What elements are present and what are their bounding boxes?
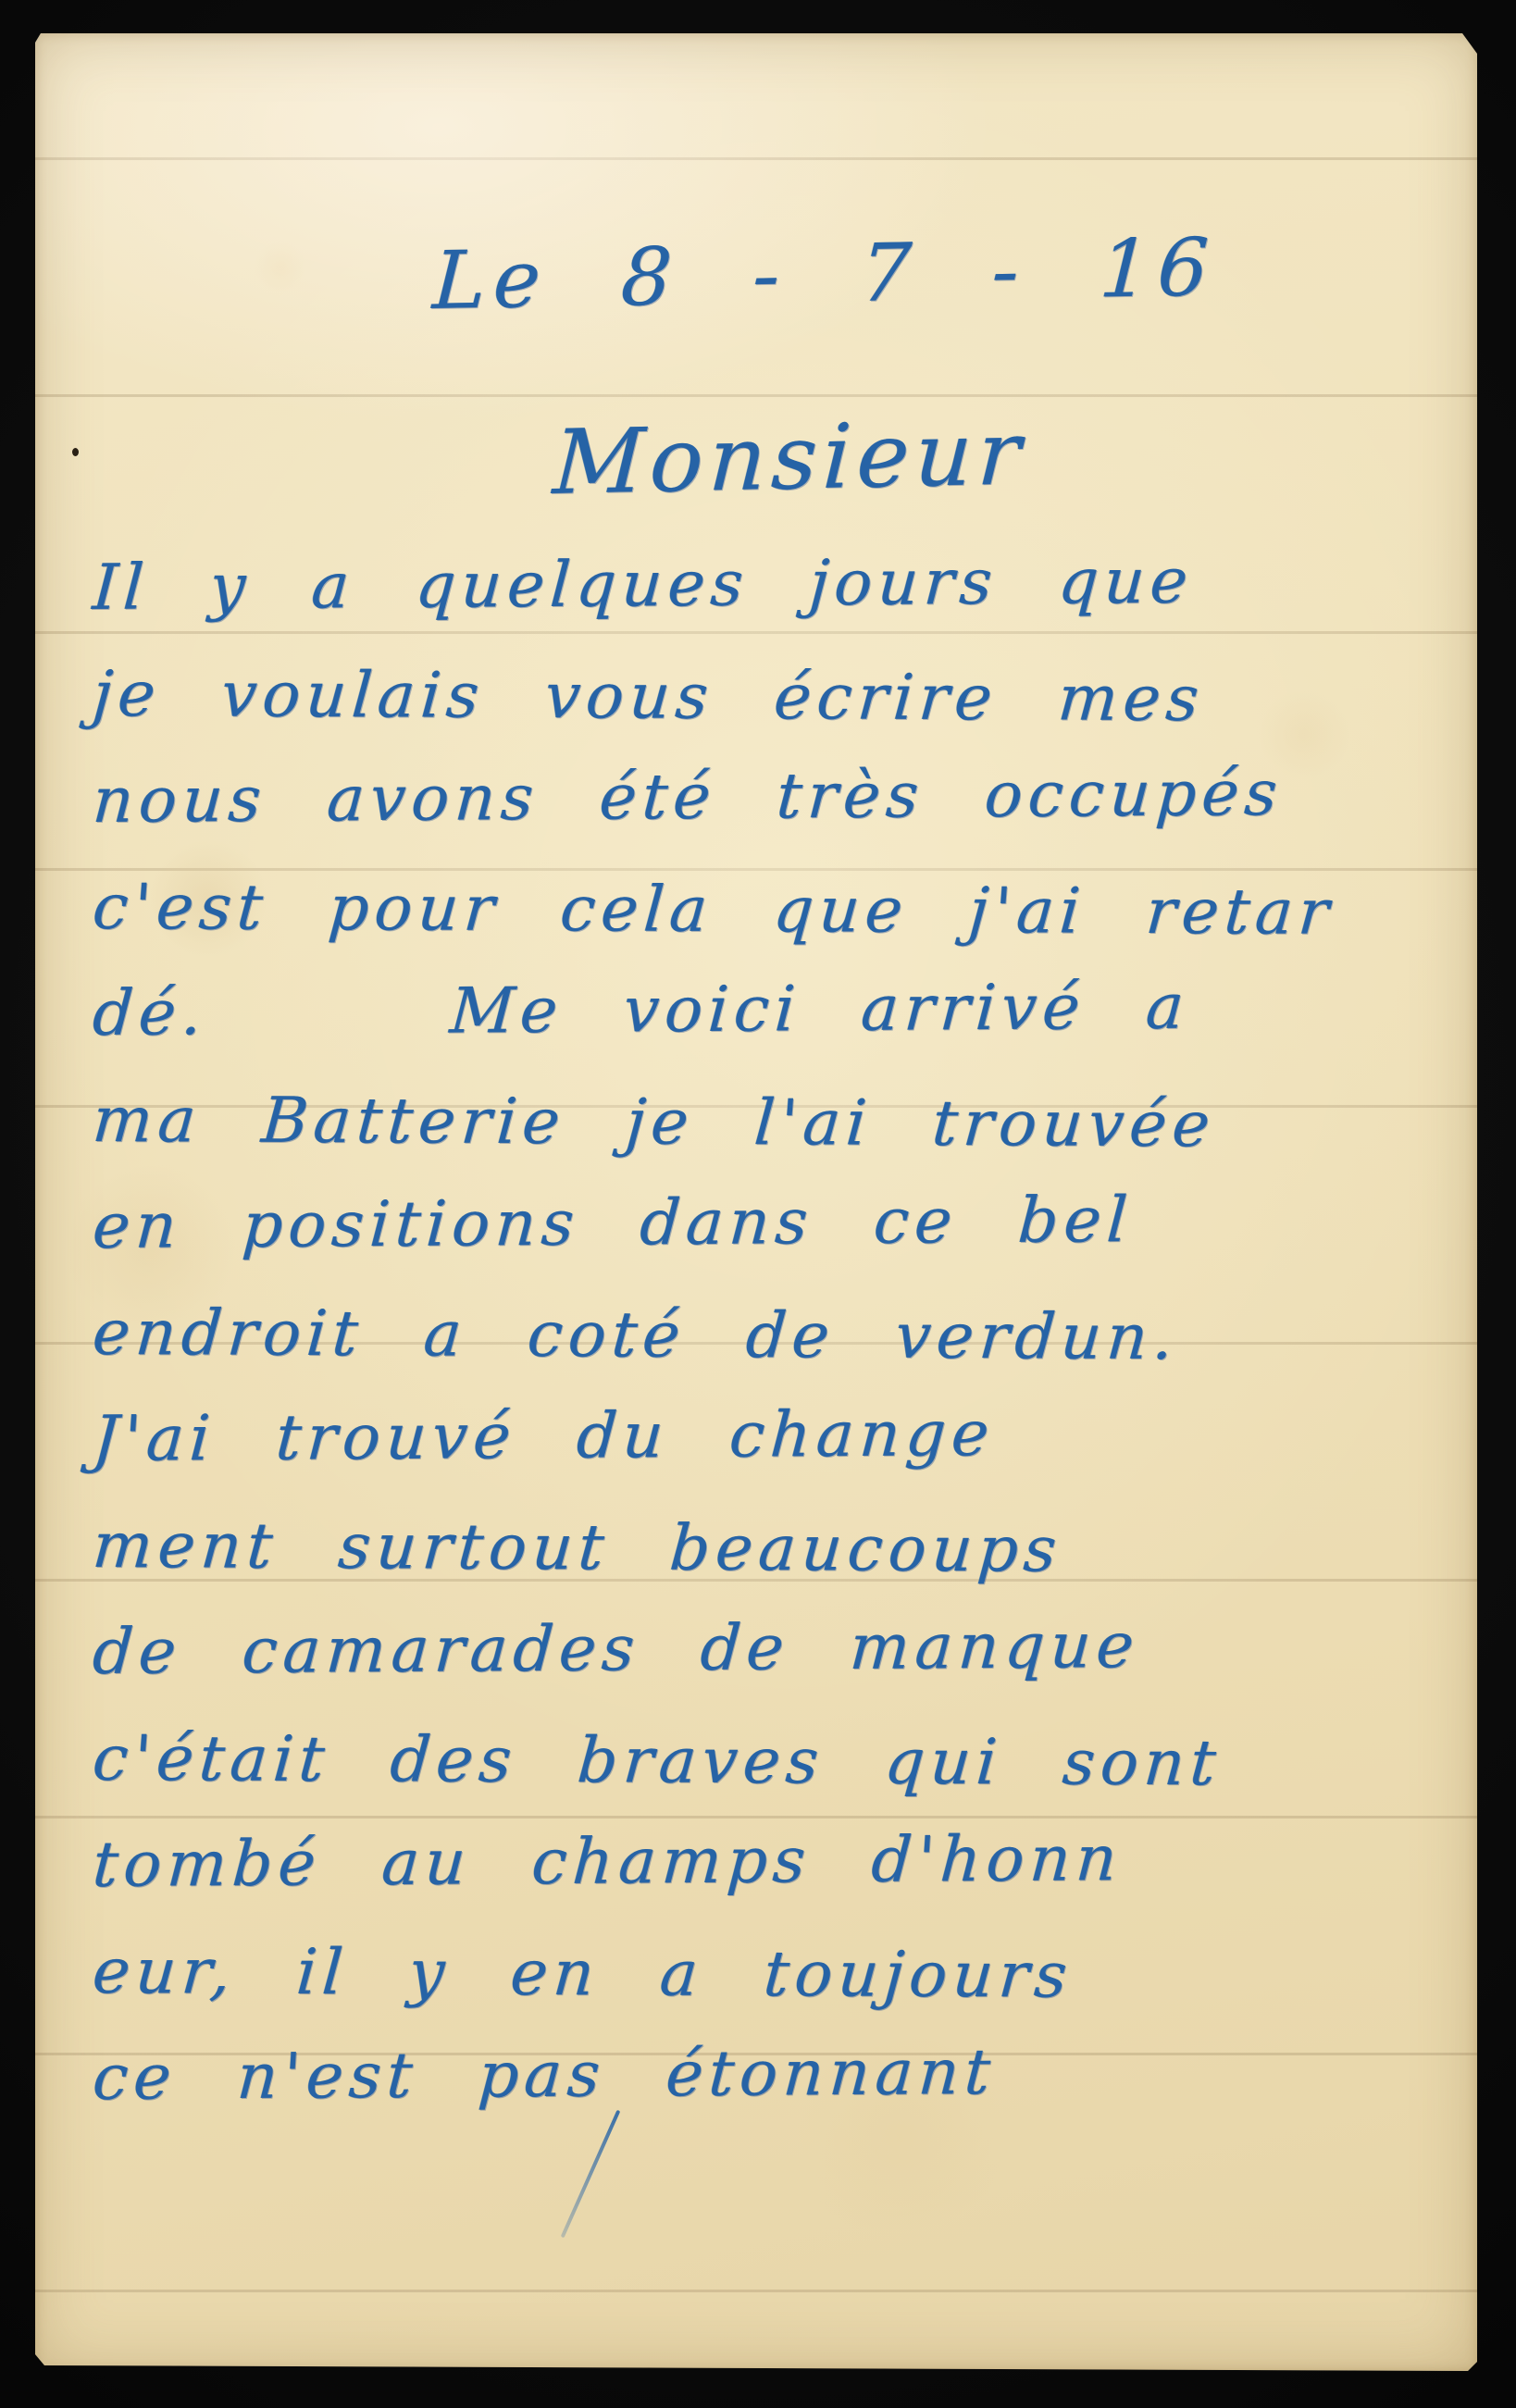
letter-body: Il y a quelques jours queje voulais vous…	[93, 540, 1462, 2137]
letter-line: J'ai trouvé du change	[89, 1384, 1466, 1498]
letter-line: de camarades de manque	[89, 1596, 1466, 1711]
letter-salutation: Monsieur	[551, 401, 1028, 515]
letter-line: Il y a quelques jours que	[89, 532, 1466, 647]
letter-line: dé. Me voici arrivé a	[89, 958, 1466, 1073]
letter-line: je voulais vous écrire mes	[89, 647, 1466, 759]
letter-line: ment surtout beaucoups	[89, 1498, 1466, 1610]
photo-background: Le 8 - 7 - 16 Monsieur Il y a quelques j…	[0, 0, 1516, 2408]
paper-speck	[72, 448, 79, 456]
letter-line: c'est pour cela que j'ai retar	[89, 860, 1466, 972]
letter-line: ce n'est pas étonnant	[89, 2022, 1466, 2137]
letter-line: ma Batterie je l'ai trouvée	[89, 1073, 1466, 1185]
letter-line: en positions dans ce bel	[89, 1171, 1466, 1285]
letter-line: c'était des braves qui sont	[89, 1711, 1466, 1823]
letter-line: nous avons été très occupés	[89, 745, 1466, 860]
letter-line: endroit a coté de verdun.	[89, 1285, 1466, 1397]
letter-line: eur, il y en a toujours	[89, 1924, 1466, 2036]
letter-date: Le 8 - 7 - 16	[430, 221, 1218, 328]
letter-line: tombé au champs d'honn	[89, 1809, 1466, 1924]
letter-page: Le 8 - 7 - 16 Monsieur Il y a quelques j…	[35, 33, 1477, 2371]
